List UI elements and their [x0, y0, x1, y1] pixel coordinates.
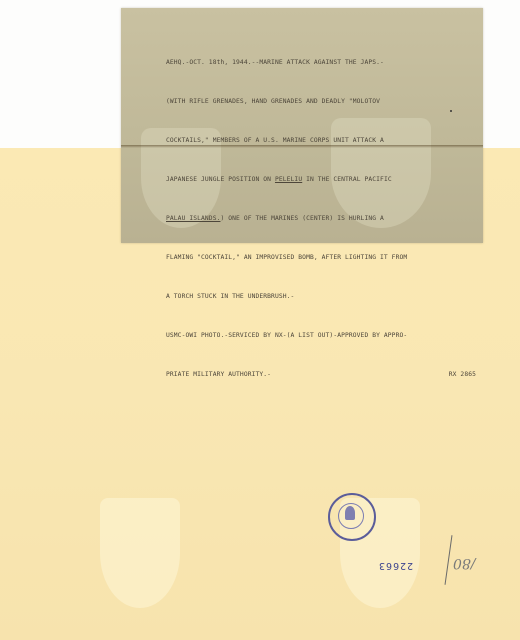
- inventory-number-stamp: 22663: [378, 560, 413, 571]
- caption-line: FLAMING "COCKTAIL," AN IMPROVISED BOMB, …: [166, 251, 476, 264]
- caption-line: COCKTAILS," MEMBERS OF A U.S. MARINE COR…: [166, 134, 476, 147]
- pencil-digits: /80: [453, 555, 476, 571]
- caption-slip: AEHQ.-OCT. 18th, 1944.--MARINE ATTACK AG…: [121, 8, 483, 243]
- caption-fragment: ) ONE OF THE MARINES (CENTER) IS HURLING…: [220, 215, 383, 222]
- caption-line: A TORCH STUCK IN THE UNDERBRUSH.-: [166, 290, 476, 303]
- circular-archive-stamp: [328, 493, 376, 541]
- caption-line: JAPANESE JUNGLE POSITION ON PELELIU IN T…: [166, 173, 476, 186]
- caption-fragment: JAPANESE JUNGLE POSITION ON: [166, 176, 271, 183]
- caption-fragment: IN THE CENTRAL PACIFIC: [306, 176, 392, 183]
- caption-fragment: PRIATE MILITARY AUTHORITY.-: [166, 371, 271, 378]
- show-through-emblem: [100, 498, 180, 608]
- caption-line: PRIATE MILITARY AUTHORITY.-RX 2865: [166, 368, 476, 381]
- caption-text: AEHQ.-OCT. 18th, 1944.--MARINE ATTACK AG…: [166, 30, 476, 407]
- stamp-emblem-icon: [345, 506, 355, 520]
- code-reference: RX 2865: [449, 368, 476, 381]
- caption-line: (WITH RIFLE GRENADES, HAND GRENADES AND …: [166, 95, 476, 108]
- underlined-place: PELELIU: [275, 176, 302, 183]
- ink-dot: [450, 110, 452, 112]
- underlined-islands: PALAU ISLANDS.: [166, 215, 220, 222]
- caption-line: PALAU ISLANDS.) ONE OF THE MARINES (CENT…: [166, 212, 476, 225]
- pencil-slash: [445, 535, 453, 585]
- caption-line: AEHQ.-OCT. 18th, 1944.--MARINE ATTACK AG…: [166, 56, 476, 69]
- caption-line: USMC-OWI PHOTO.-SERVICED BY NX-(A LIST O…: [166, 329, 476, 342]
- pencil-annotation: /80: [440, 535, 470, 585]
